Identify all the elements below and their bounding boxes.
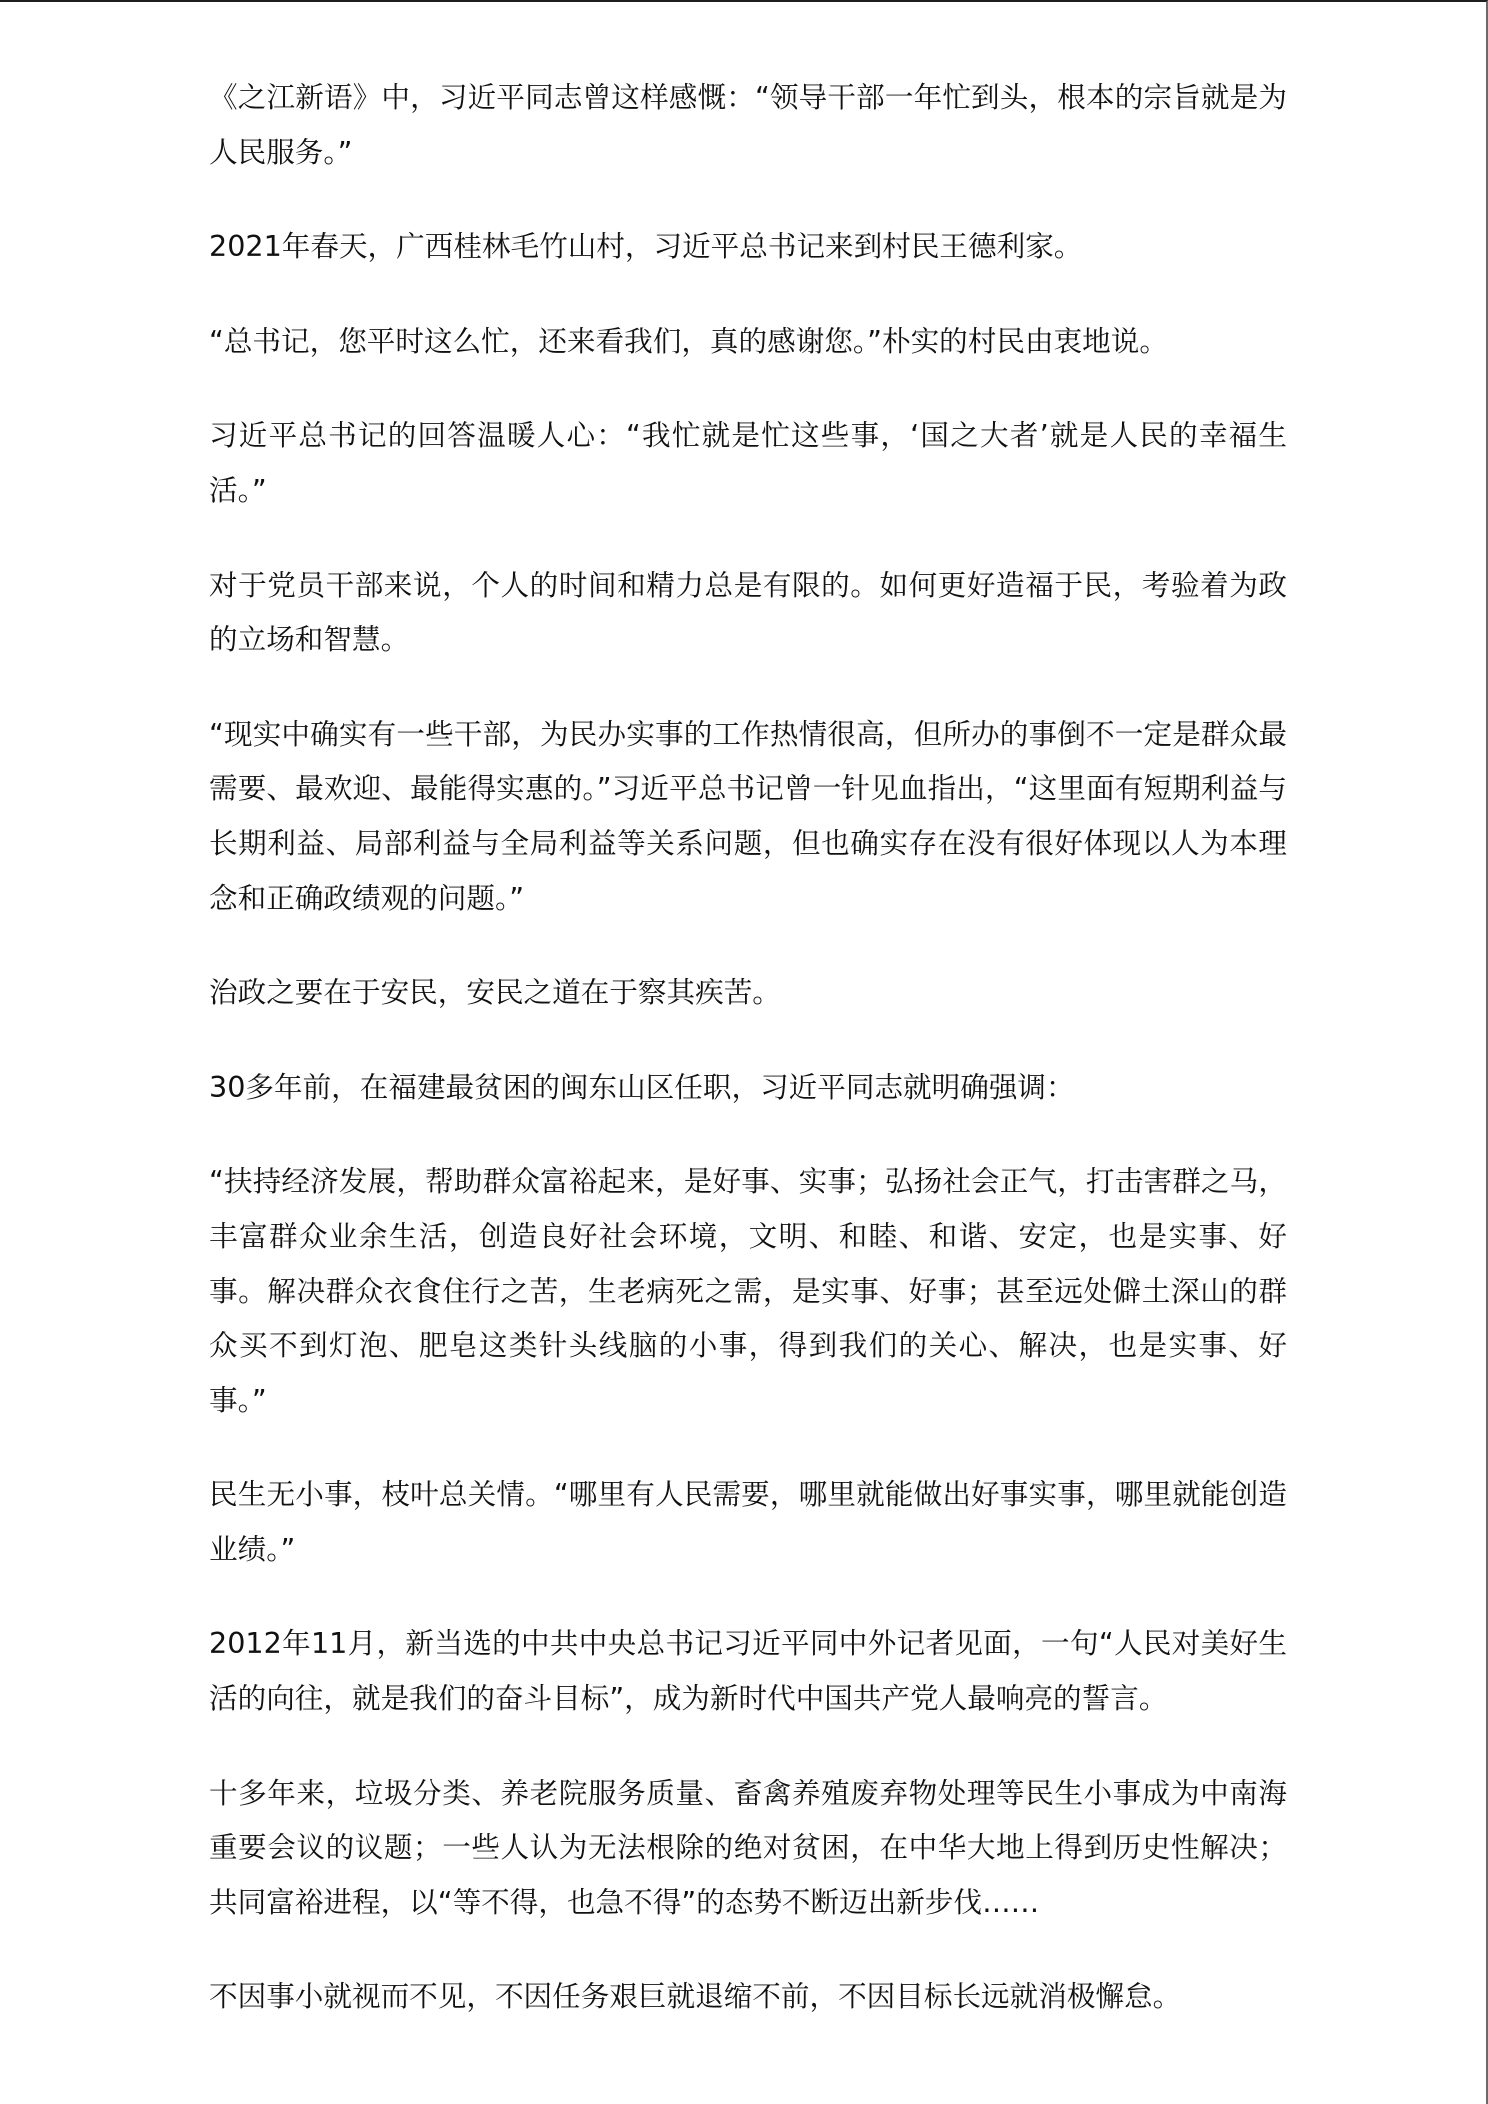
paragraph-governance: 治政之要在于安民，安民之道在于察其疾苦。: [209, 965, 1287, 1020]
paragraph-guangxi-visit: 2021年春天，广西桂林毛竹山村，习近平总书记来到村民王德利家。: [209, 219, 1287, 274]
paragraph-reality-cadres: “现实中确实有一些干部，为民办实事的工作热情很高，但所办的事倒不一定是群众最需要…: [209, 707, 1287, 925]
article-body: 《之江新语》中，习近平同志曾这样感慨：“领导干部一年忙到头，根本的宗旨就是为人民…: [209, 70, 1287, 2064]
paragraph-limited-time: 对于党员干部来说，个人的时间和精力总是有限的。如何更好造福于民，考验着为政的立场…: [209, 558, 1287, 667]
paragraph-livelihood: 民生无小事，枝叶总关情。“哪里有人民需要，哪里就能做出好事实事，哪里就能创造业绩…: [209, 1467, 1287, 1576]
paragraph-villager-thanks: “总书记，您平时这么忙，还来看我们，真的感谢您。”朴实的村民由衷地说。: [209, 314, 1287, 369]
paragraph-fujian-quote: “扶持经济发展，帮助群众富裕起来，是好事、实事；弘扬社会正气，打击害群之马，丰富…: [209, 1154, 1287, 1427]
paragraph-secretary-reply: 习近平总书记的回答温暖人心：“我忙就是忙这些事，‘国之大者’就是人民的幸福生活。…: [209, 408, 1287, 517]
paragraph-conclusion: 不因事小就视而不见，不因任务艰巨就退缩不前，不因目标长远就消极懈怠。: [209, 1969, 1287, 2024]
paragraph-decade: 十多年来，垃圾分类、养老院服务质量、畜禽养殖废弃物处理等民生小事成为中南海重要会…: [209, 1766, 1287, 1930]
paragraph-intro-quote: 《之江新语》中，习近平同志曾这样感慨：“领导干部一年忙到头，根本的宗旨就是为人民…: [209, 70, 1287, 179]
paragraph-fujian: 30多年前，在福建最贫困的闽东山区任职，习近平同志就明确强调：: [209, 1060, 1287, 1115]
paragraph-2012-press: 2012年11月，新当选的中共中央总书记习近平同中外记者见面，一句“人民对美好生…: [209, 1616, 1287, 1725]
